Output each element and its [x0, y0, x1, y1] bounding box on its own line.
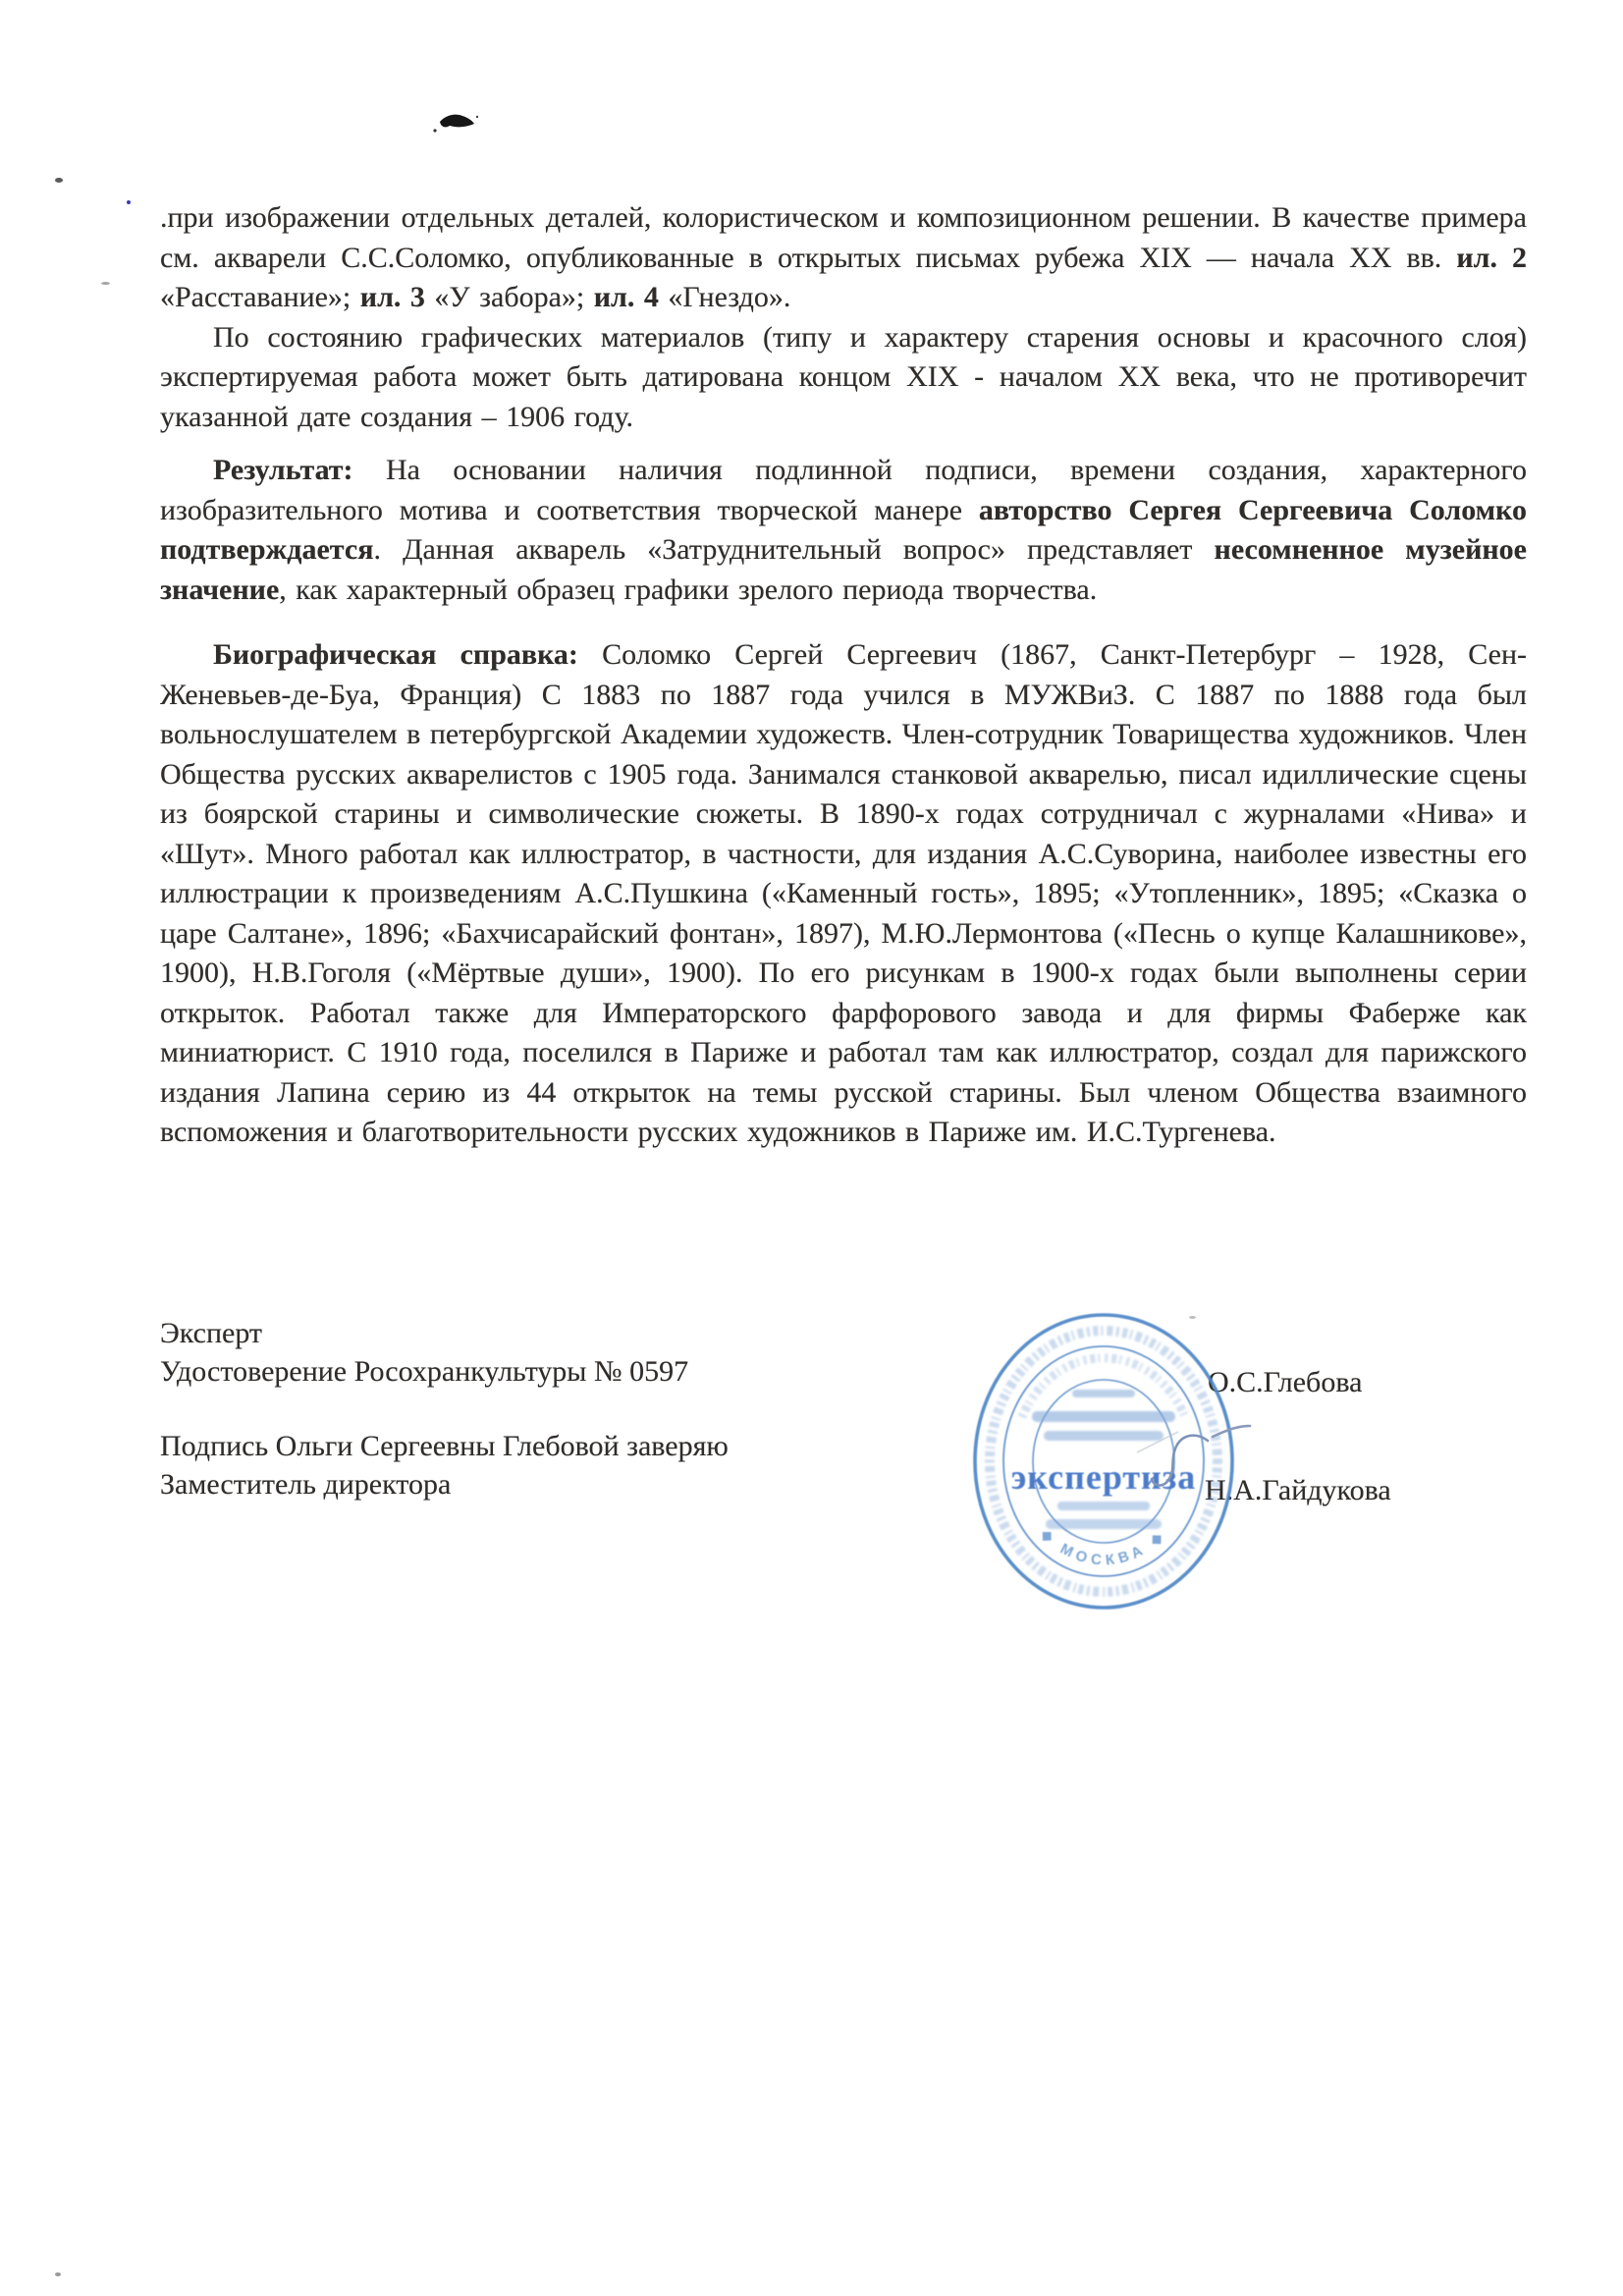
signature-mark [1119, 1399, 1296, 1498]
smudge-speck [433, 129, 436, 132]
attestation-line: Подпись Ольги Сергеевны Глебовой заверяю [160, 1429, 729, 1464]
text-run: По состоянию графических материалов (тип… [160, 321, 1527, 433]
expert-role-label: Эксперт [160, 1316, 262, 1351]
text-run: , как характерный образец графики зрелог… [279, 574, 1097, 606]
scan-speck [1189, 1316, 1196, 1319]
document-body: .при изображении отдельных деталей, коло… [160, 198, 1527, 1153]
text-run-bold: Результат: [213, 454, 353, 486]
text-run-bold: ил. 2 [1456, 242, 1527, 274]
smudge-speck [476, 116, 478, 118]
scan-speck [55, 2272, 61, 2276]
text-run: «Гнездо». [659, 281, 791, 313]
stamp-smalltext-blur [1072, 1390, 1135, 1397]
paragraph-biography: Биографическая справка: Соломко Сергей С… [160, 635, 1527, 1153]
signature-stroke [1213, 1426, 1250, 1437]
text-run-bold: ил. 4 [594, 281, 659, 313]
scan-smudge [432, 106, 483, 139]
text-run-bold: Биографическая справка: [213, 638, 578, 671]
paragraph-examples: .при изображении отдельных деталей, коло… [160, 198, 1527, 318]
stamp-smalltext-blur [1046, 1519, 1162, 1529]
text-run-bold: ил. 3 [360, 281, 425, 313]
stamp-smalltext-blur [1057, 1502, 1150, 1510]
signature-stroke [1152, 1436, 1208, 1486]
paragraph-result: Результат: На основании наличия подлинно… [160, 451, 1527, 610]
text-run: «У забора»; [425, 281, 594, 313]
text-run: . Данная акварель «Затруднительный вопро… [373, 533, 1214, 566]
smudge-blob [440, 115, 474, 128]
certificate-line: Удостоверение Росохранкультуры № 0597 [160, 1354, 688, 1390]
text-run: .при изображении отдельных деталей, коло… [160, 201, 1527, 274]
scan-speck [127, 200, 131, 204]
deputy-role-label: Заместитель директора [160, 1467, 451, 1503]
scan-speck [101, 282, 110, 285]
paragraph-dating: По состоянию графических материалов (тип… [160, 318, 1527, 438]
signature-faint-line [1137, 1432, 1178, 1452]
scan-speck [55, 178, 63, 183]
scanned-document-page: .при изображении отдельных деталей, коло… [0, 0, 1623, 2296]
text-run: «Расставание»; [160, 281, 360, 313]
text-run: Соломко Сергей Сергеевич (1867, Санкт-Пе… [160, 638, 1527, 1148]
